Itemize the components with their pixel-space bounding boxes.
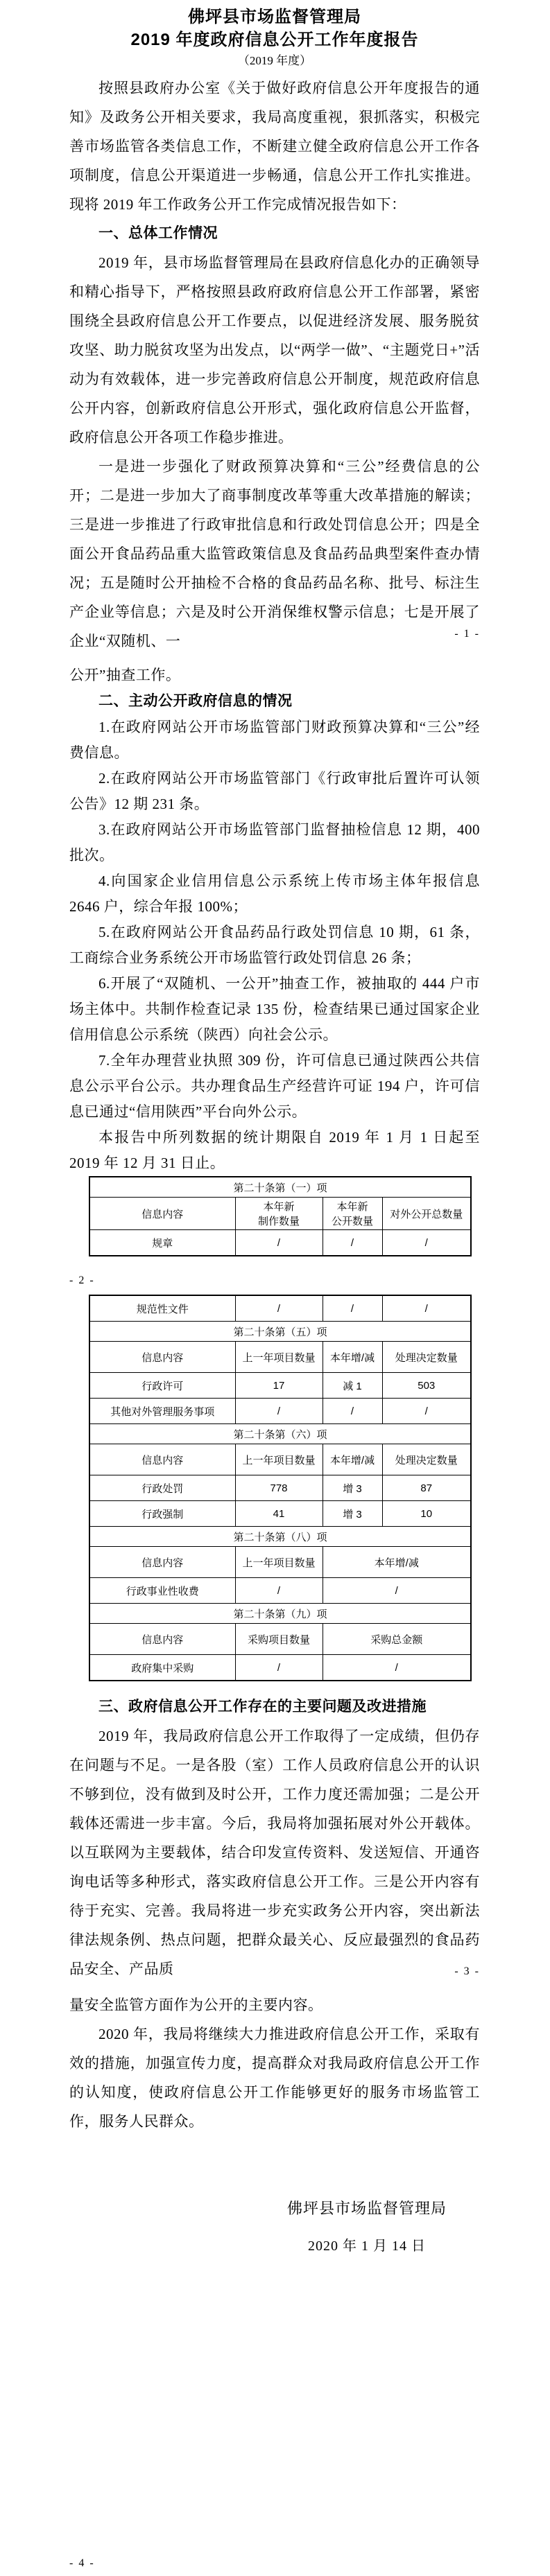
table-cell: 上一年项目数量 <box>235 1547 323 1578</box>
table-cell: 本年新 制作数量 <box>235 1198 323 1230</box>
page-number-1: - 1 - <box>69 628 480 640</box>
statistics-table-part-2: 规范性文件 / / / 第二十条第（五）项 信息内容 上一年项目数量 本年增/减… <box>89 1295 472 1681</box>
table-column-header-row: 信息内容 本年新 制作数量 本年新 公开数量 对外公开总数量 <box>89 1198 471 1230</box>
section-1-paragraph-1: 2019 年，县市场监督管理局在县政府信息化办的正确领导和精心指导下，严格按照县… <box>69 248 480 452</box>
section-1-heading: 一、总体工作情况 <box>69 219 480 248</box>
table-section-header-row: 第二十条第（八）项 <box>89 1527 471 1547</box>
section-3-paragraph-1-part-1: 2019 年，我局政府信息公开工作取得了一定成绩，但仍存在问题与不足。一是各股（… <box>69 1721 480 1983</box>
table-section-header-row: 第二十条第（五）项 <box>89 1322 471 1342</box>
table-cell: 87 <box>382 1475 471 1501</box>
table-cell: / <box>235 1295 323 1322</box>
statistics-table-part-1: 第二十条第（一）项 信息内容 本年新 制作数量 本年新 公开数量 对外公开总数量… <box>89 1176 472 1256</box>
section-2-item-4: 4.向国家企业信用信息公示系统上传市场主体年报信息 2646 户，综合年报 10… <box>69 868 480 920</box>
table-cell: / <box>235 1230 323 1256</box>
page-4: 量安全监管方面作为公开的主要内容。 2020 年，我局将继续大力推进政府信息公开… <box>69 1990 480 2257</box>
table-cell: 行政强制 <box>89 1501 235 1527</box>
table-cell: 本年增/减 <box>323 1342 382 1373</box>
section-2-item-6: 6.开展了“双随机、一公开”抽查工作，被抽取的 444 户市场主体中。共制作检查… <box>69 971 480 1048</box>
intro-paragraph: 按照县政府办公室《关于做好政府信息公开年度报告的通知》及政务公开相关要求，我局高… <box>69 73 480 219</box>
section-1-paragraph-2-part-1: 一是进一步强化了财政预算决算和“三公”经费信息的公开；二是进一步加大了商事制度改… <box>69 452 480 656</box>
table-section-header-row: 第二十条第（九）项 <box>89 1604 471 1624</box>
section-2-item-3: 3.在政府网站公开市场监管部门监督抽检信息 12 期，400 批次。 <box>69 817 480 868</box>
table-cell: / <box>323 1655 471 1681</box>
table-cell: 信息内容 <box>89 1342 235 1373</box>
table-cell: / <box>323 1295 382 1322</box>
table-cell: / <box>235 1578 323 1604</box>
document-subtitle: （2019 年度） <box>69 51 480 71</box>
table-cell: 503 <box>382 1373 471 1399</box>
table-data-row: 行政处罚 778 增 3 87 <box>89 1475 471 1501</box>
page-number-2: - 2 - <box>69 1274 480 1287</box>
table-cell: 处理决定数量 <box>382 1342 471 1373</box>
table-cell: / <box>323 1578 471 1604</box>
table-cell: 第二十条第（九）项 <box>89 1604 471 1624</box>
section-3-paragraph-1-part-2: 量安全监管方面作为公开的主要内容。 <box>69 1990 480 2019</box>
table-cell: 处理决定数量 <box>382 1444 471 1475</box>
table-cell: 采购总金额 <box>323 1624 471 1655</box>
page-2: 公开”抽查工作。 二、主动公开政府信息的情况 1.在政府网站公开市场监管部门财政… <box>69 662 480 1256</box>
table-data-row: 规章 / / / <box>89 1230 471 1256</box>
table-cell: 增 3 <box>323 1501 382 1527</box>
section-2-item-2: 2.在政府网站公开市场监管部门《行政审批后置许可认领公告》12 期 231 条。 <box>69 766 480 817</box>
table-data-row: 规范性文件 / / / <box>89 1295 471 1322</box>
table-cell: 信息内容 <box>89 1624 235 1655</box>
table-cell: 第二十条第（五）项 <box>89 1322 471 1342</box>
table-cell: 41 <box>235 1501 323 1527</box>
table-section-header-row: 第二十条第（六）项 <box>89 1424 471 1444</box>
table-cell: 信息内容 <box>89 1547 235 1578</box>
section-2-item-5: 5.在政府网站公开食品药品行政处罚信息 10 期，61 条，工商综合业务系统公开… <box>69 920 480 971</box>
table-cell: 行政许可 <box>89 1373 235 1399</box>
table-column-header-row: 信息内容 上一年项目数量 本年增/减 处理决定数量 <box>89 1342 471 1373</box>
table-cell: 信息内容 <box>89 1444 235 1475</box>
table-column-header-row: 信息内容 采购项目数量 采购总金额 <box>89 1624 471 1655</box>
table-cell: 采购项目数量 <box>235 1624 323 1655</box>
section-2-item-1: 1.在政府网站公开市场监管部门财政预算决算和“三公”经费信息。 <box>69 715 480 766</box>
table-column-header-row: 信息内容 上一年项目数量 本年增/减 <box>89 1547 471 1578</box>
table-data-row: 行政事业性收费 / / <box>89 1578 471 1604</box>
table-cell: 增 3 <box>323 1475 382 1501</box>
table-cell: 规范性文件 <box>89 1295 235 1322</box>
page-number-3: - 3 - <box>69 1965 480 1978</box>
table-cell: 上一年项目数量 <box>235 1342 323 1373</box>
table-cell: 信息内容 <box>89 1198 235 1230</box>
signature-date: 2020 年 1 月 14 日 <box>287 2236 447 2257</box>
table-cell: 10 <box>382 1501 471 1527</box>
table-cell: 对外公开总数量 <box>382 1198 471 1230</box>
table-cell: 第二十条第（六）项 <box>89 1424 471 1444</box>
table-column-header-row: 信息内容 上一年项目数量 本年增/减 处理决定数量 <box>89 1444 471 1475</box>
section-3-heading: 三、政府信息公开工作存在的主要问题及改进措施 <box>69 1692 480 1721</box>
table-cell: 17 <box>235 1373 323 1399</box>
section-2-item-7: 7.全年办理营业执照 309 份，许可信息已通过陕西公共信息公示平台公示。共办理… <box>69 1048 480 1125</box>
table-cell: / <box>323 1230 382 1256</box>
table-cell: / <box>235 1399 323 1424</box>
table-data-row: 行政强制 41 增 3 10 <box>89 1501 471 1527</box>
table-cell: 其他对外管理服务事项 <box>89 1399 235 1424</box>
table-cell: 行政事业性收费 <box>89 1578 235 1604</box>
section-1-paragraph-2-part-2: 公开”抽查工作。 <box>69 662 480 688</box>
table-cell: 行政处罚 <box>89 1475 235 1501</box>
signature-block: 佛坪县市场监督管理局 2020 年 1 月 14 日 <box>287 2197 447 2257</box>
table-cell: 上一年项目数量 <box>235 1444 323 1475</box>
table-cell: / <box>323 1399 382 1424</box>
table-data-row: 其他对外管理服务事项 / / / <box>89 1399 471 1424</box>
table-cell: / <box>235 1655 323 1681</box>
table-cell: 第二十条第（一）项 <box>89 1177 471 1198</box>
page-1: 佛坪县市场监督管理局 2019 年度政府信息公开工作年度报告 （2019 年度）… <box>69 6 480 656</box>
table-cell: 第二十条第（八）项 <box>89 1527 471 1547</box>
table-cell: / <box>382 1399 471 1424</box>
table-data-row: 政府集中采购 / / <box>89 1655 471 1681</box>
table-data-row: 行政许可 17 减 1 503 <box>89 1373 471 1399</box>
page-number-4: - 4 - <box>69 2557 480 2570</box>
signature-organization: 佛坪县市场监督管理局 <box>287 2197 447 2220</box>
statistics-period-note: 本报告中所列数据的统计期限自 2019 年 1 月 1 日起至 2019 年 1… <box>69 1125 480 1176</box>
document-page: { "doc": { "title_line1": "佛坪县市场监督管理局", … <box>0 0 550 2576</box>
table-cell: 政府集中采购 <box>89 1655 235 1681</box>
table-cell: 规章 <box>89 1230 235 1256</box>
table-section-header-row: 第二十条第（一）项 <box>89 1177 471 1198</box>
table-cell: 本年增/减 <box>323 1547 471 1578</box>
document-title-line2: 2019 年度政府信息公开工作年度报告 <box>69 28 480 51</box>
section-3-paragraph-2: 2020 年，我局将继续大力推进政府信息公开工作，采取有效的措施，加强宣传力度，… <box>69 2019 480 2136</box>
table-cell: / <box>382 1230 471 1256</box>
page-3: 规范性文件 / / / 第二十条第（五）项 信息内容 上一年项目数量 本年增/减… <box>69 1295 480 1983</box>
table-cell: 本年新 公开数量 <box>323 1198 382 1230</box>
table-cell: 本年增/减 <box>323 1444 382 1475</box>
section-2-heading: 二、主动公开政府信息的情况 <box>69 688 480 715</box>
table-cell: / <box>382 1295 471 1322</box>
table-cell: 减 1 <box>323 1373 382 1399</box>
table-cell: 778 <box>235 1475 323 1501</box>
document-title-line1: 佛坪县市场监督管理局 <box>69 6 480 28</box>
